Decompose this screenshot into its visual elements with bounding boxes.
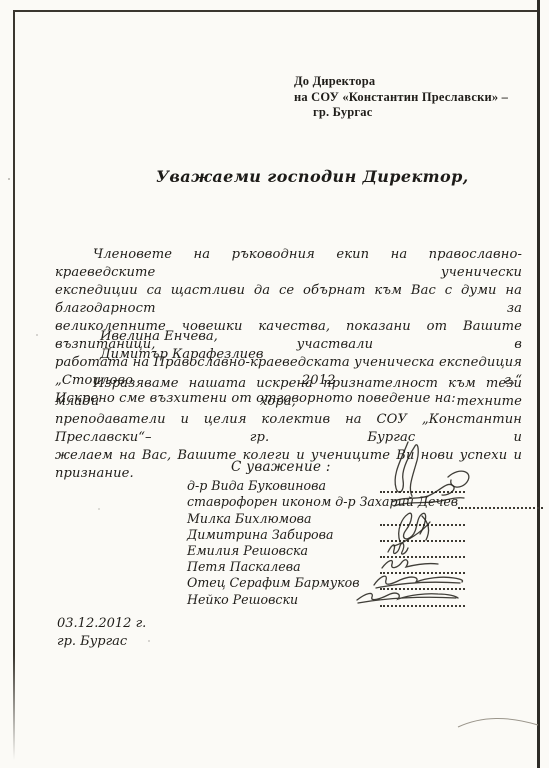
signature-scribble bbox=[374, 576, 463, 588]
arc-mark bbox=[458, 718, 538, 727]
scan-edge-left bbox=[13, 10, 15, 760]
signatory-name: Петя Паскалева bbox=[187, 559, 301, 574]
signatory-name: Емилия Решовска bbox=[187, 543, 308, 558]
signature-scribble bbox=[357, 593, 458, 603]
student-name: Димитър Карафезлиев bbox=[100, 346, 263, 364]
paragraph-line: Изразяваме нашата искрена признателност … bbox=[55, 375, 522, 411]
recipient-line: на СОУ «Константин Преславски» – bbox=[294, 90, 508, 106]
recipient-line: До Директора bbox=[294, 74, 508, 90]
paragraph-line: експедиции са щастливи да се обърнат към… bbox=[55, 282, 522, 318]
handwritten-signatures bbox=[330, 430, 480, 615]
date-place-block: 03.12.2012 г. гр. Бургас bbox=[57, 615, 146, 650]
students-list: Ивелина Енчева, Димитър Карафезлиев bbox=[100, 328, 263, 364]
closing-salute: С уважение : bbox=[231, 459, 331, 475]
recipient-line: гр. Бургас bbox=[294, 105, 508, 121]
signature-scribble bbox=[382, 560, 438, 568]
recipient-address: До Директора на СОУ «Константин Преславс… bbox=[294, 74, 508, 121]
signatory-name: Димитрина Забирова bbox=[187, 527, 333, 542]
signatory-name: Нейко Решовски bbox=[187, 592, 298, 607]
scan-artifact-arc bbox=[450, 710, 545, 735]
salutation: Уважаеми господин Директор, bbox=[156, 167, 469, 186]
scanned-letter-page: До Директора на СОУ «Константин Преславс… bbox=[0, 0, 549, 768]
signature-scribble bbox=[395, 442, 418, 496]
paragraph-line: Членовете на ръководния екип на правосла… bbox=[55, 246, 522, 282]
student-name: Ивелина Енчева, bbox=[100, 328, 263, 346]
letter-date: 03.12.2012 г. bbox=[57, 615, 146, 633]
signature-scribble bbox=[448, 471, 469, 487]
signatory-name: Милка Бихлюмова bbox=[187, 511, 312, 526]
letter-city: гр. Бургас bbox=[57, 633, 146, 651]
scan-noise-specks bbox=[8, 178, 10, 180]
scan-edge-top bbox=[13, 10, 539, 12]
signatory-name: д-р Вида Буковинова bbox=[187, 478, 326, 493]
scan-edge-right bbox=[537, 0, 540, 768]
